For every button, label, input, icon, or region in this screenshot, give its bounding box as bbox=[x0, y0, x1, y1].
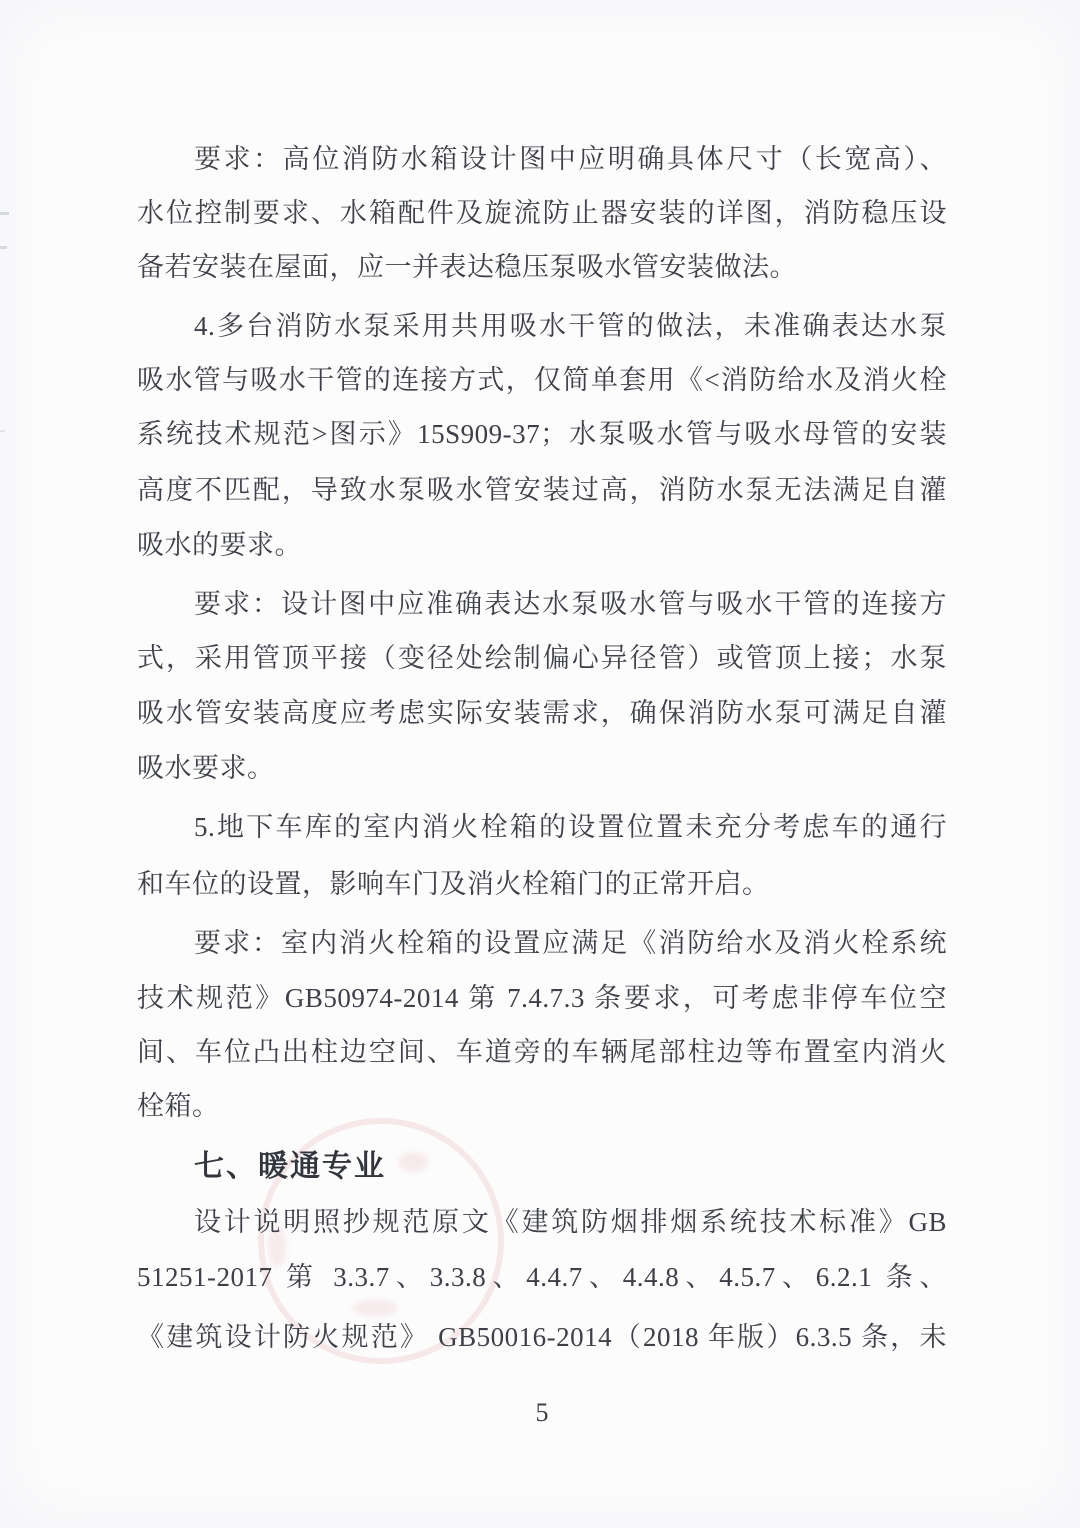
text-line: 《建筑设计防火规范》 GB50016-2014（2018 年版）6.3.5 条，… bbox=[137, 1310, 947, 1364]
text-line: 备若安装在屋面，应一并表达稳压泵吸水管安装做法。 bbox=[137, 240, 947, 294]
text-line: 5.地下车库的室内消火栓箱的设置位置未充分考虑车的通行 bbox=[137, 800, 947, 854]
text-line: 要求：设计图中应准确表达水泵吸水管与吸水干管的连接方 bbox=[137, 577, 947, 631]
text-line: 式，采用管顶平接（变径处绘制偏心异径管）或管顶上接；水泵 bbox=[137, 631, 947, 685]
text-line: 技术规范》GB50974-2014 第 7.4.7.3 条要求，可考虑非停车位空 bbox=[137, 971, 947, 1025]
scanned-document-page: 要求：高位消防水箱设计图中应明确具体尺寸（长宽高）、 水位控制要求、水箱配件及旋… bbox=[0, 0, 1080, 1528]
text-line: 吸水要求。 bbox=[137, 741, 947, 795]
document-body: 要求：高位消防水箱设计图中应明确具体尺寸（长宽高）、 水位控制要求、水箱配件及旋… bbox=[137, 0, 947, 1528]
text-line: 和车位的设置，影响车门及消火栓箱门的正常开启。 bbox=[137, 857, 947, 911]
page-number: 5 bbox=[137, 1396, 947, 1430]
text-line: 水位控制要求、水箱配件及旋流防止器安装的详图，消防稳压设 bbox=[137, 186, 947, 240]
text-line: 栓箱。 bbox=[137, 1079, 947, 1133]
section-heading-hvac: 七、暖通专业 bbox=[137, 1140, 947, 1194]
scan-edge-artifact bbox=[0, 430, 5, 432]
text-line: 4.多台消防水泵采用共用吸水干管的做法，未准确表达水泵 bbox=[137, 299, 947, 353]
text-line: 要求：室内消火栓箱的设置应满足《消防给水及消火栓系统 bbox=[137, 916, 947, 970]
text-line: 51251-2017 第 3.3.7、3.3.8、4.4.7、4.4.8、4.5… bbox=[137, 1250, 947, 1304]
text-line: 系统技术规范>图示》15S909-37；水泵吸水管与吸水母管的安装 bbox=[137, 407, 947, 461]
text-line: 间、车位凸出柱边空间、车道旁的车辆尾部柱边等布置室内消火 bbox=[137, 1025, 947, 1079]
text-line: 高度不匹配，导致水泵吸水管安装过高，消防水泵无法满足自灌 bbox=[137, 463, 947, 517]
text-line: 吸水的要求。 bbox=[137, 518, 947, 572]
scan-edge-artifact bbox=[0, 212, 9, 215]
text-line: 吸水管与吸水干管的连接方式，仅简单套用《<消防给水及消火栓 bbox=[137, 353, 947, 407]
scan-edge-artifact bbox=[0, 246, 7, 249]
text-line: 设计说明照抄规范原文《建筑防烟排烟系统技术标准》GB bbox=[137, 1195, 947, 1249]
text-line: 要求：高位消防水箱设计图中应明确具体尺寸（长宽高）、 bbox=[137, 132, 947, 186]
text-line: 吸水管安装高度应考虑实际安装需求，确保消防水泵可满足自灌 bbox=[137, 686, 947, 740]
